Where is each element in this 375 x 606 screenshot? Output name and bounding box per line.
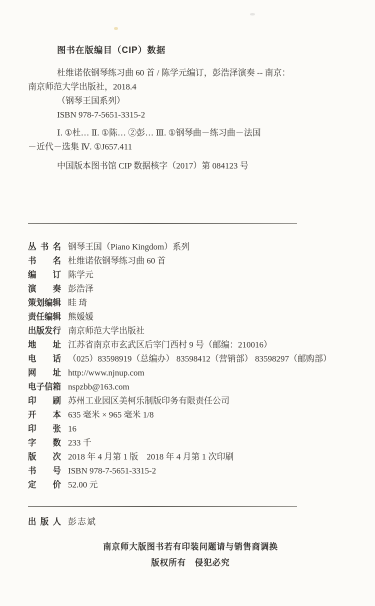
cip-line: 南京师范大学出版社，2018.4 (28, 80, 308, 94)
colophon-row-value: 彭浩泽 (68, 282, 94, 296)
colophon-row-label: 书号 (28, 464, 61, 478)
colophon-row-value: nspzbb@163.com (68, 380, 129, 394)
colophon-row-publisher-person: 出版人 彭志斌 (28, 515, 348, 529)
colophon-row-value: 眭 琦 (68, 296, 87, 310)
colophon-row-label: 印张 (28, 422, 61, 436)
colophon-row-label: 开本 (28, 408, 61, 422)
colophon-row-value: ISBN 978-7-5651-3315-2 (68, 464, 156, 478)
colophon-row-value: http://www.njnup.com (68, 366, 144, 380)
cip-line: ISBN 978-7-5651-3315-2 (28, 108, 308, 122)
colophon-row-value: 2018 年 4 月第 1 版 2018 年 4 月第 1 次印刷 (68, 450, 234, 464)
colophon-row-publisher: 出版发行 南京师范大学出版社 (28, 324, 348, 338)
colophon-row-responsible-editor: 责任编辑 熊媛媛 (28, 310, 348, 324)
colophon-row-editor: 编订 陈学元 (28, 268, 348, 282)
colophon-row-label: 电子信箱 (28, 380, 61, 394)
colophon-row-value: 南京师范大学出版社 (68, 324, 145, 338)
colophon-table: 丛书名 钢琴王国（Piano Kingdom）系列 书名 杜维诺依钢琴练习曲 6… (28, 240, 348, 492)
colophon-row-isbn: 书号 ISBN 978-7-5651-3315-2 (28, 464, 348, 478)
cip-data-block: 图书在版编目（CIP）数据 杜维诺依钢琴练习曲 60 首 / 陈学元编订，彭浩泽… (28, 43, 308, 173)
colophon-row-label: 书名 (28, 254, 61, 268)
colophon-row-label: 网址 (28, 366, 61, 380)
divider-rule-top (28, 223, 297, 224)
copyright-notice: 版权所有 侵犯必究 (3, 555, 375, 571)
colophon-row-value: 635 毫米 × 965 毫米 1/8 (68, 408, 154, 422)
colophon-row-label: 地址 (28, 338, 61, 352)
colophon-row-label: 责任编辑 (28, 310, 61, 324)
scan-artifact (250, 13, 255, 16)
scan-artifact (114, 27, 118, 30)
cip-title: 图书在版编目（CIP）数据 (57, 43, 308, 57)
colophon-row-value: 52.00 元 (68, 478, 98, 492)
colophon-row-label: 演奏 (28, 282, 61, 296)
cip-line: 杜维诺依钢琴练习曲 60 首 / 陈学元编订，彭浩泽演奏 -- 南京： (28, 66, 308, 80)
publisher-person-label: 出版人 (28, 515, 61, 529)
colophon-row-value: 熊媛媛 (68, 310, 94, 324)
colophon-row-edition: 版次 2018 年 4 月第 1 版 2018 年 4 月第 1 次印刷 (28, 450, 348, 464)
publisher-person-row: 出版人 彭志斌 (28, 515, 348, 529)
colophon-row-label: 策划编辑 (28, 296, 61, 310)
colophon-row-value: （025）83598919（总编办） 83598412（营销部） 8359829… (68, 352, 332, 366)
colophon-row-label: 定价 (28, 478, 61, 492)
publisher-person-value: 彭志斌 (68, 515, 97, 529)
colophon-row-label: 出版发行 (28, 324, 61, 338)
colophon-row-email: 电子信箱 nspzbb@163.com (28, 380, 348, 394)
colophon-row-title: 书名 杜维诺依钢琴练习曲 60 首 (28, 254, 348, 268)
colophon-row-format: 开本 635 毫米 × 965 毫米 1/8 (28, 408, 348, 422)
footer-notices: 南京师大版图书若有印装问题请与销售商调换 版权所有 侵犯必究 (3, 539, 375, 571)
colophon-row-address: 地址 江苏省南京市玄武区后宰门西村 9 号（邮编：210016） (28, 338, 348, 352)
colophon-row-label: 电话 (28, 352, 61, 366)
colophon-row-label: 印刷 (28, 394, 61, 408)
colophon-row-website: 网址 http://www.njnup.com (28, 366, 348, 380)
colophon-row-phone: 电话 （025）83598919（总编办） 83598412（营销部） 8359… (28, 352, 348, 366)
colophon-row-planning-editor: 策划编辑 眭 琦 (28, 296, 348, 310)
colophon-row-label: 字数 (28, 436, 61, 450)
colophon-row-performer: 演奏 彭浩泽 (28, 282, 348, 296)
colophon-row-label: 丛书名 (28, 240, 61, 254)
colophon-row-value: 苏州工业园区美柯乐制版印务有限责任公司 (68, 394, 230, 408)
exchange-notice: 南京师大版图书若有印装问题请与销售商调换 (3, 539, 375, 555)
cip-line: （钢琴王国系列） (28, 94, 308, 108)
divider-rule-bottom (28, 506, 297, 507)
colophon-row-value: 江苏省南京市玄武区后宰门西村 9 号（邮编：210016） (68, 338, 272, 352)
colophon-row-sheets: 印张 16 (28, 422, 348, 436)
colophon-row-value: 钢琴王国（Piano Kingdom）系列 (68, 240, 190, 254)
colophon-row-value: 陈学元 (68, 268, 94, 282)
colophon-row-word-count: 字数 233 千 (28, 436, 348, 450)
cip-registration-line: 中国版本图书馆 CIP 数据核字（2017）第 084123 号 (28, 159, 308, 173)
cip-classification-line: Ⅰ. ①杜… Ⅱ. ①陈… ②彭… Ⅲ. ①钢琴曲－练习曲－法国 (28, 126, 308, 140)
colophon-row-value: 233 千 (68, 436, 91, 450)
scanned-copyright-page: 图书在版编目（CIP）数据 杜维诺依钢琴练习曲 60 首 / 陈学元编订，彭浩泽… (0, 0, 375, 606)
colophon-row-value: 16 (68, 422, 77, 436)
colophon-row-price: 定价 52.00 元 (28, 478, 348, 492)
colophon-row-label: 版次 (28, 450, 61, 464)
colophon-row-printer: 印刷 苏州工业园区美柯乐制版印务有限责任公司 (28, 394, 348, 408)
colophon-row-label: 编订 (28, 268, 61, 282)
colophon-row-value: 杜维诺依钢琴练习曲 60 首 (68, 254, 166, 268)
colophon-row-series: 丛书名 钢琴王国（Piano Kingdom）系列 (28, 240, 348, 254)
cip-classification-line: －近代－选集 Ⅳ. ①J657.411 (28, 140, 308, 154)
